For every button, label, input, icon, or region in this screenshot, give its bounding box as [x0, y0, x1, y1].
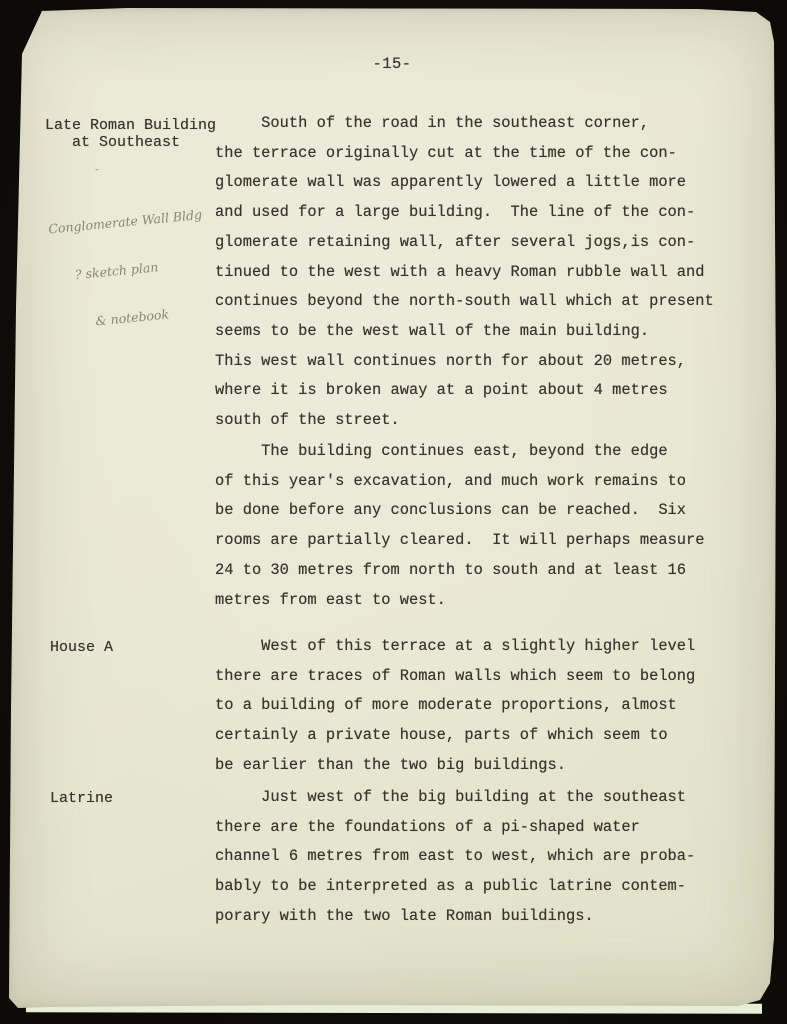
paragraph-house-a: West of this terrace at a slightly highe… — [215, 632, 695, 781]
page-number: -15- — [8, 53, 776, 75]
margin-label-latrine: Latrine — [50, 790, 113, 807]
document-page: -15- Late Roman Building at Southeast - … — [8, 8, 776, 1008]
margin-label-late-roman-building: Late Roman Building at Southeast — [45, 117, 216, 151]
paragraph-late-roman-building-1: South of the road in the southeast corne… — [215, 109, 714, 436]
margin-label-house-a: House A — [50, 639, 113, 656]
photo-backdrop: -15- Late Roman Building at Southeast - … — [0, 0, 787, 1024]
pencil-mark: - — [95, 165, 100, 175]
paragraph-late-roman-building-2: The building continues east, beyond the … — [215, 437, 705, 615]
handwritten-annotation: - Conglomerate Wall Bldg ? sketch plan &… — [43, 159, 215, 365]
paragraph-latrine: Just west of the big building at the sou… — [215, 783, 695, 932]
annotation-line: & notebook — [95, 302, 212, 329]
annotation-line: Conglomerate Wall Bldg — [48, 207, 203, 238]
annotation-line: ? sketch plan — [74, 255, 207, 284]
